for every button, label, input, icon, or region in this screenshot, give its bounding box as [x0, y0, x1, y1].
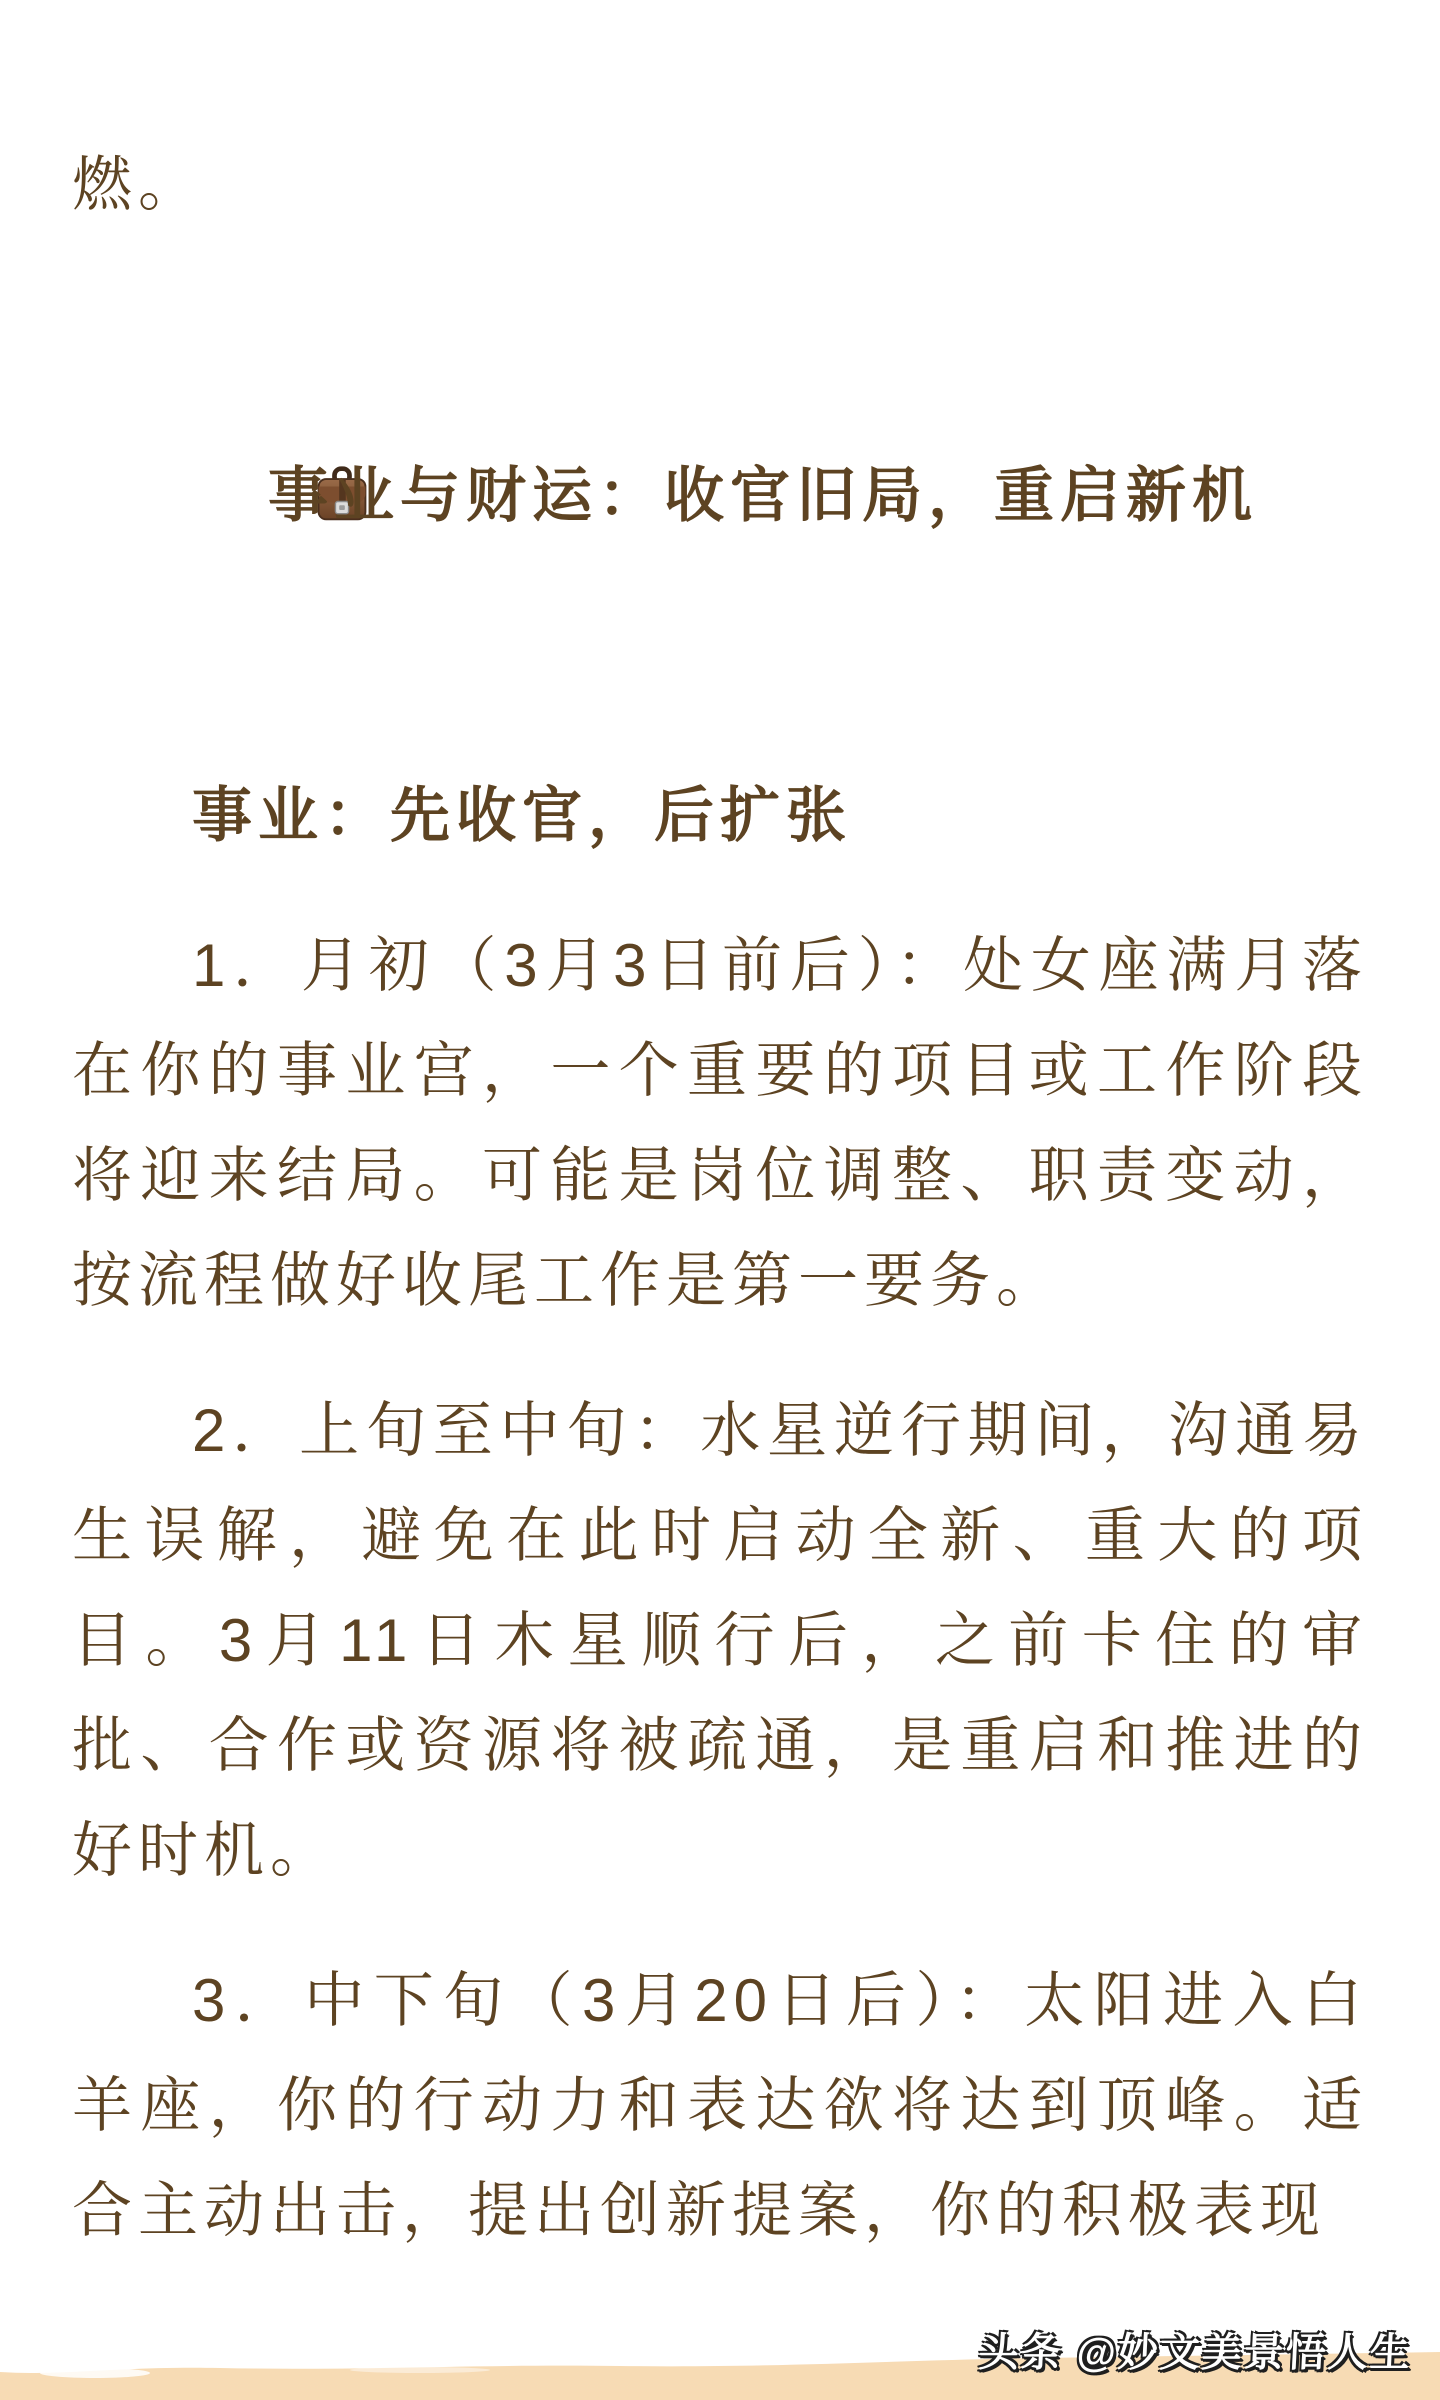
watermark-platform: 头条: [978, 2331, 1064, 2375]
article-page: 燃。 事业与财运：收官旧局，重启新机: [0, 0, 1440, 2400]
paragraph-career-2: 2．上旬至中旬：水星逆行期间，沟通易生误解，避免在此时启动全新、重大的项目。3月…: [72, 1378, 1368, 1903]
lead-paragraph-fragment: 燃。: [72, 132, 1368, 237]
paragraph-career-3: 3．中下旬（3月20日后）：太阳进入白羊座，你的行动力和表达欲将达到顶峰。适合主…: [72, 1948, 1368, 2263]
briefcase-icon: [192, 451, 252, 511]
section-header: 事业与财运：收官旧局，重启新机: [72, 443, 1368, 548]
subheading: 事业：先收官，后扩张: [72, 763, 1368, 868]
article-content: 燃。 事业与财运：收官旧局，重启新机: [0, 0, 1440, 2263]
paragraph-career-1: 1．月初（3月3日前后）：处女座满月落在你的事业宫，一个重要的项目或工作阶段将迎…: [72, 913, 1368, 1333]
watermark-handle: @妙文美景悟人生: [1076, 2331, 1413, 2375]
toutiao-watermark: 头条@妙文美景悟人生: [977, 2321, 1413, 2378]
section-header-text: 事业与财运：收官旧局，重启新机: [268, 462, 1258, 529]
